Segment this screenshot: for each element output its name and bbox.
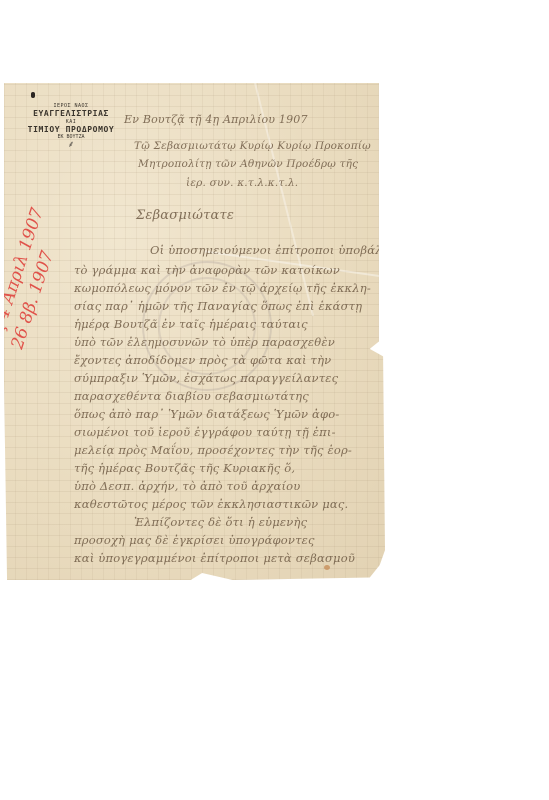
body-line: ἡμέρᾳ Βουτζᾶ ἐν ταῖς ἡμέραις ταύταις <box>74 317 308 331</box>
dateline: Εν Βουτζᾷ τῇ 4ῃ Απριλίου 1907 <box>124 113 308 126</box>
body-line: ὑπὸ Δεσπ. ἀρχήν, τὸ ἀπὸ τοῦ ἀρχαίου <box>74 479 300 493</box>
church-letterhead: ΙΕΡΟΣ ΝΑΟΣ ΕΥΑΓΓΕΛΙΣΤΡΙΑΣ ΚΑΙ ΤΙΜΙΟΥ ΠΡΟ… <box>16 103 126 151</box>
ink-blot <box>31 92 35 98</box>
body-line: καὶ ὑπογεγραμμένοι ἐπίτροποι μετὰ σεβασμ… <box>74 551 355 565</box>
body-line: Οἱ ὑποσημειούμενοι ἐπίτροποι ὑποβάλλομεν <box>150 243 419 257</box>
ornament-icon: ⸙ <box>16 140 126 151</box>
body-line: ἔχοντες ἀποδίδομεν πρὸς τὰ φῶτα καὶ τὴν <box>74 353 331 367</box>
body-line: τὸ γράμμα καὶ τὴν ἀναφορὰν τῶν κατοίκων <box>74 263 340 277</box>
salutation: Σεβασμιώτατε <box>136 208 234 223</box>
body-line: καθεστῶτος μέρος τῶν ἐκκλησιαστικῶν μας. <box>74 497 348 511</box>
body-line: ὅπως ἀπὸ παρ᾽ Ὑμῶν διατάξεως Ὑμῶν ἀφο- <box>74 407 339 421</box>
letter-page: ΙΕΡΟΣ ΝΑΟΣ ΕΥΑΓΓΕΛΙΣΤΡΙΑΣ ΚΑΙ ΤΙΜΙΟΥ ΠΡΟ… <box>4 83 385 580</box>
addressee-line: ἱερ. συν. κ.τ.λ.κ.τ.λ. <box>186 177 298 189</box>
addressee-line: Μητροπολίτῃ τῶν Αθηνῶν Προέδρῳ τῆς <box>138 158 358 170</box>
addressee-line: Τῷ Σεβασμιωτάτῳ Κυρίῳ Κυρίῳ Προκοπίῳ <box>134 140 371 152</box>
body-line: σιωμένοι τοῦ ἱεροῦ ἐγγράφου ταύτῃ τῇ ἐπι… <box>74 425 336 439</box>
body-line: τῆς ἡμέρας Βουτζᾶς τῆς Κυριακῆς ὅ, <box>74 461 295 475</box>
body-line: προσοχὴ μας δὲ ἐγκρίσει ὑπογράφοντες <box>74 533 315 547</box>
letterhead-line: ΕΥΑΓΓΕΛΙΣΤΡΙΑΣ <box>16 109 126 119</box>
paper-stain <box>324 565 330 570</box>
body-line: σύμπραξιν Ὑμῶν, ἐσχάτως παραγγείλαντες <box>74 371 338 385</box>
letterhead-line: ΤΙΜΙΟΥ ΠΡΟΔΡΟΜΟΥ <box>16 125 126 135</box>
body-line: σίας παρ᾽ ἡμῶν τῆς Παναγίας ὅπως ἐπὶ ἑκά… <box>74 299 362 313</box>
body-line: κωμοπόλεως μόνον τῶν ἐν τῷ ἀρχείῳ τῆς ἐκ… <box>74 281 371 295</box>
body-line: μελείᾳ πρὸς Μαΐου, προσέχοντες τὴν τῆς ἑ… <box>74 443 352 457</box>
body-line: ὑπὸ τῶν ἐλεημοσυνῶν τὸ ὑπὲρ παρασχεθὲν <box>74 335 335 349</box>
body-line: παρασχεθέντα διαβίου σεβασμιωτάτης <box>74 389 309 403</box>
body-line: Ἐλπίζοντες δὲ ὅτι ἡ εὐμενὴς <box>134 515 307 529</box>
